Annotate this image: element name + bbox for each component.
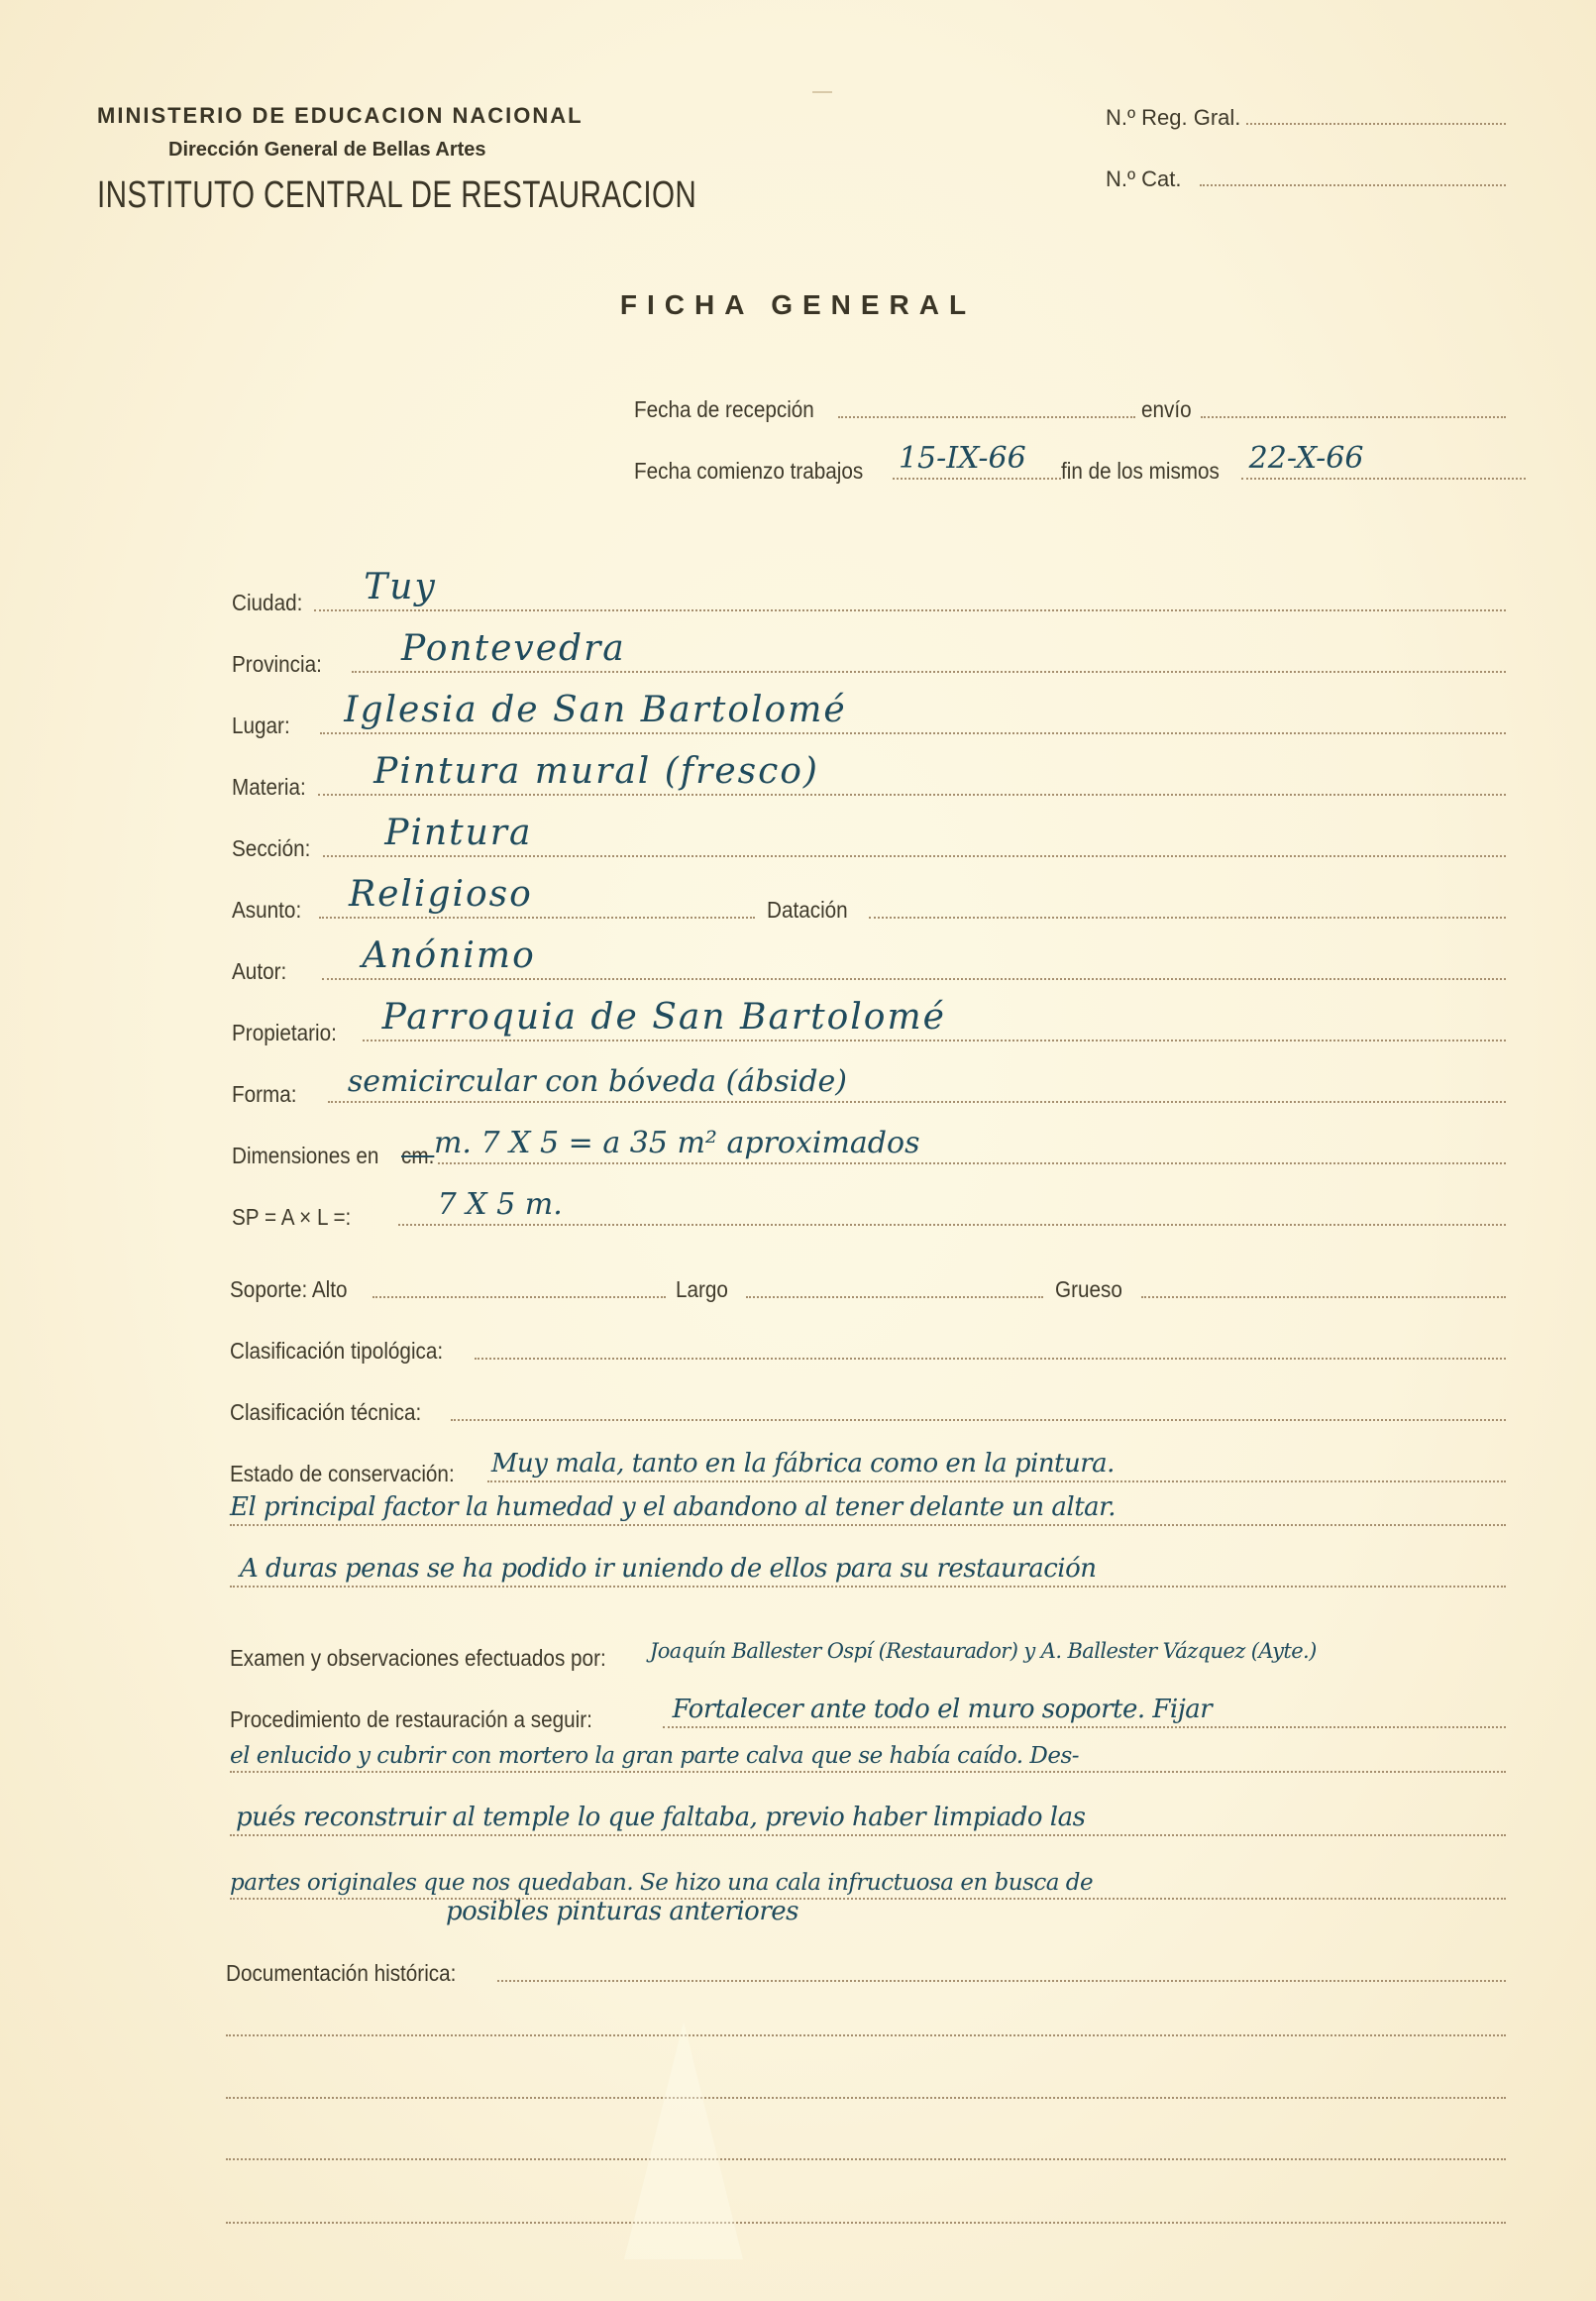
dimensiones-field[interactable]: m. 7 X 5 = a 35 m² aproximados — [438, 1161, 1506, 1164]
clas-tecnica-row: Clasificación técnica: — [230, 1399, 1506, 1426]
reception-row: Fecha de recepción envío — [634, 396, 1506, 423]
provincia-label: Provincia: — [232, 651, 322, 678]
forma-field[interactable]: semicircular con bóveda (ábside) — [328, 1100, 1506, 1103]
ciudad-label: Ciudad: — [232, 590, 302, 616]
end-label: fin de los mismos — [1061, 458, 1220, 485]
procedimiento-value-line-4: partes originales que nos quedaban. Se h… — [230, 1870, 1093, 1896]
ciudad-value: Tuy — [364, 567, 437, 607]
documentacion-field-line-1[interactable] — [497, 1979, 1506, 1982]
procedimiento-value-line-1: Fortalecer ante todo el muro soporte. Fi… — [673, 1695, 1213, 1724]
dimensiones-row: Dimensiones en cm. m. 7 X 5 = a 35 m² ap… — [232, 1143, 1506, 1169]
shipping-field[interactable] — [1201, 415, 1506, 418]
shipping-label: envío — [1141, 396, 1192, 423]
autor-value: Anónimo — [362, 935, 535, 976]
dimensiones-unit-struck: cm. — [401, 1143, 434, 1169]
examen-label: Examen y observaciones efectuados por: — [230, 1645, 606, 1672]
clas-tipologica-row: Clasificación tipológica: — [230, 1338, 1506, 1365]
paper-mark — [812, 91, 832, 93]
end-date-value: 22-X-66 — [1249, 441, 1364, 476]
clas-tecnica-field[interactable] — [451, 1418, 1506, 1421]
asunto-label: Asunto: — [232, 897, 301, 924]
soporte-grueso-label: Grueso — [1055, 1276, 1122, 1303]
reception-field[interactable] — [838, 415, 1135, 418]
materia-row: Materia: Pintura mural (fresco) — [232, 774, 1506, 801]
procedimiento-label: Procedimiento de restauración a seguir: — [230, 1706, 592, 1733]
procedimiento-row: Procedimiento de restauración a seguir: … — [230, 1706, 1506, 1733]
seccion-field[interactable]: Pintura — [323, 854, 1506, 857]
estado-field-line-2[interactable]: El principal factor la humedad y el aban… — [230, 1523, 1506, 1526]
dimensiones-value: m. 7 X 5 = a 35 m² aproximados — [434, 1126, 919, 1160]
autor-row: Autor: Anónimo — [232, 958, 1506, 985]
procedimiento-value-line-2: el enlucido y cubrir con mortero la gran… — [230, 1743, 1079, 1769]
lugar-value: Iglesia de San Bartolomé — [344, 690, 846, 730]
soporte-grueso-field[interactable] — [1141, 1295, 1506, 1298]
examen-field[interactable]: Joaquín Ballester Ospí (Restaurador) y A… — [650, 1664, 1518, 1667]
ciudad-field[interactable]: Tuy — [314, 608, 1506, 611]
estado-value-line-3: A duras penas se ha podido ir uniendo de… — [240, 1554, 1097, 1584]
procedimiento-field-line-4[interactable]: partes originales que nos quedaban. Se h… — [230, 1897, 1506, 1900]
work-dates-row: Fecha comienzo trabajos 15-IX-66 fin de … — [634, 458, 1526, 485]
asunto-datacion-row: Asunto: Religioso Datación — [232, 897, 1506, 924]
datacion-field[interactable] — [869, 916, 1506, 919]
procedimiento-field-line-3[interactable]: pués reconstruir al temple lo que faltab… — [230, 1833, 1506, 1836]
documentacion-field-line-2[interactable] — [226, 2033, 1506, 2036]
institute-heading: INSTITUTO CENTRAL DE RESTAURACION — [97, 174, 696, 217]
propietario-field[interactable]: Parroquia de San Bartolomé — [363, 1039, 1506, 1041]
reg-gral-field[interactable]: N.º Reg. Gral. — [1106, 105, 1506, 131]
clas-tipologica-label: Clasificación tipológica: — [230, 1338, 443, 1365]
estado-field-line-3[interactable]: A duras penas se ha podido ir uniendo de… — [230, 1585, 1506, 1588]
sp-value: 7 X 5 m. — [438, 1187, 563, 1222]
materia-field[interactable]: Pintura mural (fresco) — [318, 793, 1506, 796]
ministry-heading: MINISTERIO DE EDUCACION NACIONAL — [97, 103, 584, 129]
estado-label: Estado de conservación: — [230, 1461, 455, 1487]
directorate-heading: Dirección General de Bellas Artes — [168, 139, 486, 162]
seccion-value: Pintura — [384, 813, 532, 853]
propietario-label: Propietario: — [232, 1020, 337, 1046]
reception-label: Fecha de recepción — [634, 396, 814, 423]
asunto-field[interactable]: Religioso — [319, 916, 755, 919]
soporte-largo-field[interactable] — [746, 1295, 1043, 1298]
estado-field-line-1[interactable]: Muy mala, tanto en la fábrica como en la… — [487, 1479, 1506, 1482]
soporte-alto-label: Soporte: Alto — [230, 1276, 348, 1303]
procedimiento-field-line-1[interactable]: Fortalecer ante todo el muro soporte. Fi… — [663, 1725, 1506, 1728]
paper-fold-highlight — [624, 2022, 743, 2259]
soporte-alto-field[interactable] — [372, 1295, 666, 1298]
sp-row: SP = A × L =: 7 X 5 m. — [232, 1204, 1506, 1231]
start-label: Fecha comienzo trabajos — [634, 458, 863, 485]
procedimiento-field-line-2[interactable]: el enlucido y cubrir con mortero la gran… — [230, 1770, 1506, 1773]
forma-label: Forma: — [232, 1081, 297, 1108]
end-date-field[interactable]: 22-X-66 — [1241, 477, 1526, 480]
start-date-field[interactable]: 15-IX-66 — [893, 477, 1061, 480]
reg-gral-line[interactable] — [1246, 122, 1506, 125]
estado-value-line-1: Muy mala, tanto en la fábrica como en la… — [491, 1449, 1115, 1479]
form-title: FICHA GENERAL — [0, 289, 1596, 321]
documentacion-field-line-3[interactable] — [226, 2096, 1506, 2099]
provincia-field[interactable]: Pontevedra — [352, 670, 1506, 673]
documentacion-label: Documentación histórica: — [226, 1960, 456, 1987]
provincia-value: Pontevedra — [401, 628, 626, 669]
cat-label: N.º Cat. — [1106, 166, 1182, 192]
propietario-value: Parroquia de San Bartolomé — [382, 997, 946, 1038]
ciudad-row: Ciudad: Tuy — [232, 590, 1506, 616]
datacion-label: Datación — [767, 897, 848, 924]
start-date-value: 15-IX-66 — [899, 441, 1026, 476]
clas-tipologica-field[interactable] — [475, 1357, 1506, 1360]
cat-field[interactable]: N.º Cat. — [1106, 166, 1506, 192]
lugar-row: Lugar: Iglesia de San Bartolomé — [232, 712, 1506, 739]
estado-value-line-2: El principal factor la humedad y el aban… — [230, 1492, 1116, 1522]
reg-gral-label: N.º Reg. Gral. — [1106, 105, 1240, 131]
autor-field[interactable]: Anónimo — [322, 977, 1506, 980]
asunto-value: Religioso — [349, 874, 533, 915]
procedimiento-value-line-3: pués reconstruir al temple lo que faltab… — [236, 1803, 1085, 1832]
lugar-label: Lugar: — [232, 712, 290, 739]
dimensiones-label: Dimensiones en — [232, 1143, 378, 1169]
sp-label: SP = A × L =: — [232, 1204, 351, 1231]
forma-row: Forma: semicircular con bóveda (ábside) — [232, 1081, 1506, 1108]
clas-tecnica-label: Clasificación técnica: — [230, 1399, 421, 1426]
forma-value: semicircular con bóveda (ábside) — [348, 1064, 847, 1099]
soporte-row: Soporte: Alto Largo Grueso — [230, 1276, 1506, 1303]
procedimiento-value-line-5: posibles pinturas anteriores — [446, 1897, 798, 1926]
documentacion-field-line-5[interactable] — [226, 2221, 1506, 2224]
lugar-field[interactable]: Iglesia de San Bartolomé — [320, 731, 1506, 734]
provincia-row: Provincia: Pontevedra — [232, 651, 1506, 678]
propietario-row: Propietario: Parroquia de San Bartolomé — [232, 1020, 1506, 1046]
soporte-largo-label: Largo — [676, 1276, 728, 1303]
cat-line[interactable] — [1200, 183, 1507, 186]
examen-row: Examen y observaciones efectuados por: J… — [230, 1645, 1518, 1672]
materia-label: Materia: — [232, 774, 306, 801]
sp-field[interactable]: 7 X 5 m. — [398, 1223, 1506, 1226]
estado-row: Estado de conservación: Muy mala, tanto … — [230, 1461, 1506, 1487]
seccion-row: Sección: Pintura — [232, 835, 1506, 862]
seccion-label: Sección: — [232, 835, 310, 862]
examen-value: Joaquín Ballester Ospí (Restaurador) y A… — [650, 1639, 1317, 1663]
autor-label: Autor: — [232, 958, 286, 985]
documentacion-row: Documentación histórica: — [226, 1960, 1506, 1987]
materia-value: Pintura mural (fresco) — [373, 751, 819, 792]
documentacion-field-line-4[interactable] — [226, 2157, 1506, 2160]
